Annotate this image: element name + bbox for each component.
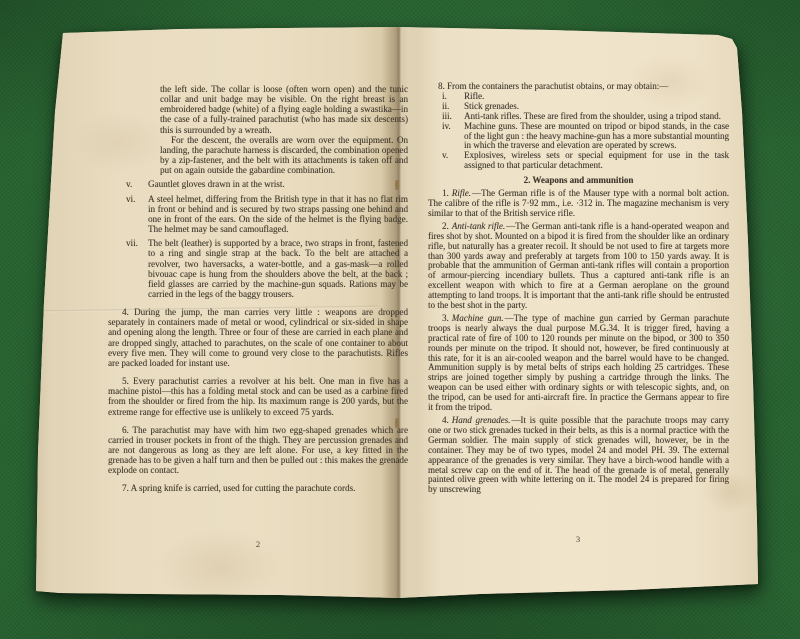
binding-stitch [395,418,399,428]
numbered-paragraph: 3.Machine gun.—The type of machine gun c… [428,314,729,413]
paragraph-number: 2. [442,221,449,231]
paragraph: 7. A spring knife is carried, used for c… [108,483,408,493]
list-item-text: Explosives, wireless sets or special equ… [464,151,729,171]
paragraph-title: Rifle. [452,188,471,198]
paragraph-number: 4. [442,415,449,425]
paragraph-text: —The German anti-tank rifle is a hand-op… [428,221,729,310]
list-item-number: iv. [442,122,451,132]
list-item: iv. Machine guns. These are mounted on t… [428,122,729,152]
paragraph-title: Hand grenades. [452,415,511,425]
paragraph-title: Anti-tank rifle. [452,221,505,231]
list-item: vi. A steel helmet, differing from the B… [108,194,408,235]
list-item-number: v. [442,151,448,161]
page-number: 3 [428,534,728,544]
paragraph-text: —It is quite possible that the parachute… [428,415,729,494]
list-item: v. Gauntlet gloves drawn in at the wrist… [108,179,408,189]
binding-stitch [395,180,399,190]
list-item: v. Explosives, wireless sets or special … [428,151,729,171]
paragraph-number: 1. [442,188,449,198]
paragraph: 6. The parachutist may have with him two… [108,425,408,476]
list-item-text: A steel helmet, differing from the Briti… [148,194,408,235]
numbered-paragraph: 1.Rifle.—The German rifle is of the Maus… [428,189,729,219]
list-item-text: The belt (leather) is supported by a bra… [148,238,408,299]
list-item: vii. The belt (leather) is supported by … [108,238,408,299]
list-item-number: v. [126,179,132,189]
section-heading: 2. Weapons and ammunition [428,176,729,186]
continued-text-block: the left side. The collar is loose (ofte… [160,84,408,175]
list-item-text: Gauntlet gloves drawn in at the wrist. [148,179,408,189]
list-item-number: vii. [126,238,138,248]
booklet: the left side. The collar is loose (ofte… [30,22,764,604]
paragraph-title: Machine gun. [452,313,504,323]
paragraph-text: —The German rifle is of the Mauser type … [428,188,729,218]
paragraph: 4. During the jump, the man carries very… [108,307,408,368]
page-number: 2 [108,539,408,549]
numbered-paragraph: 2.Anti-tank rifle.—The German anti-tank … [428,222,729,311]
booklet-pages: the left side. The collar is loose (ofte… [30,22,764,604]
left-page: the left side. The collar is loose (ofte… [108,84,408,494]
paragraph: 5. Every parachutist carries a revolver … [108,376,408,417]
photo-scene: the left side. The collar is loose (ofte… [0,0,800,639]
paragraph-number: 3. [442,313,449,323]
paragraph: For the descent, the overalls are worn o… [160,135,408,176]
list-item-text: Machine guns. These are mounted on tripo… [464,122,729,152]
right-page: 8. From the containers the parachutist o… [428,82,729,495]
paragraph: the left side. The collar is loose (ofte… [160,84,408,135]
paragraph-text: —The type of machine gun carried by Germ… [428,313,729,412]
list-item-number: vi. [126,194,135,204]
numbered-paragraph: 4.Hand grenades.—It is quite possible th… [428,416,729,495]
